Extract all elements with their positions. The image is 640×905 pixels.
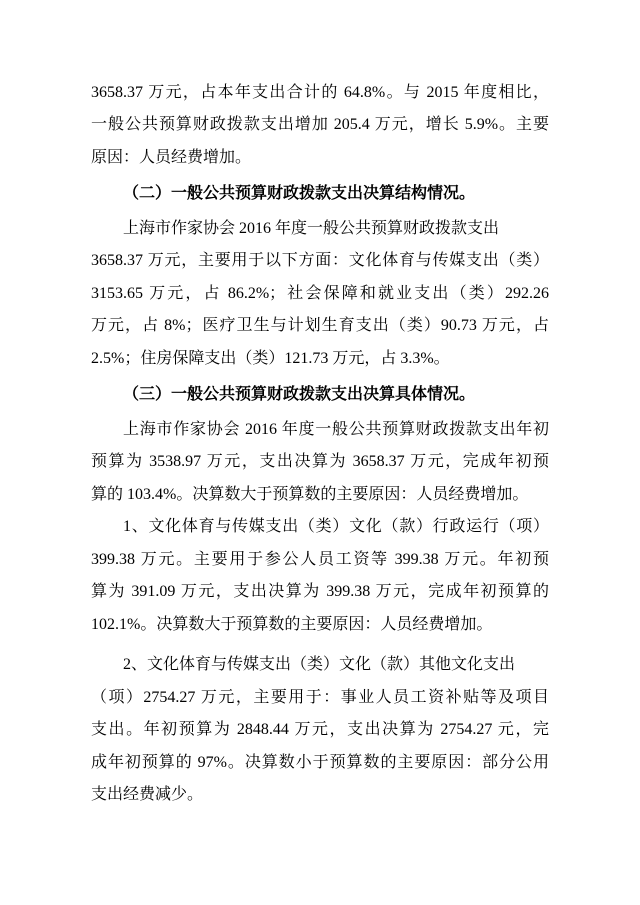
- section-heading: （二）一般公共预算财政拨款支出决算结构情况。: [91, 178, 549, 211]
- text-line: 一般公共预算财政拨款支出增加 205.4 万元，增长 5.9%。主要: [91, 109, 549, 142]
- text-line: 上海市作家协会 2016 年度一般公共预算财政拨款支出: [91, 213, 549, 246]
- text-line: 成年初预算的 97%。决算数小于预算数的主要原因：部分公用: [91, 747, 549, 780]
- text-line: 支出经费减少。: [91, 779, 549, 812]
- text-line: 102.1%。决算数大于预算数的主要原因：人员经费增加。: [91, 609, 549, 642]
- text-line: 399.38 万元。主要用于参公人员工资等 399.38 万元。年初预: [91, 544, 549, 577]
- document-page: 3658.37 万元，占本年支出合计的 64.8%。与 2015 年度相比，一般…: [0, 0, 640, 905]
- text-line: 2.5%；住房保障支出（类）121.73 万元，占 3.3%。: [91, 343, 549, 376]
- paragraph: 1、文化体育与传媒支出（类）文化（款）行政运行（项）399.38 万元。主要用于…: [91, 511, 549, 641]
- text-line: 算为 391.09 万元，支出决算为 399.38 万元，完成年初预算的: [91, 576, 549, 609]
- paragraph: 上海市作家协会 2016 年度一般公共预算财政拨款支出年初预算为 3538.97…: [91, 414, 549, 512]
- paragraph: 2、文化体育与传媒支出（类）文化（款）其他文化支出（项）2754.27 万元，主…: [91, 649, 549, 812]
- section-heading: （三）一般公共预算财政拨款支出决算具体情况。: [91, 379, 549, 412]
- text-line: 算的 103.4%。决算数大于预算数的主要原因：人员经费增加。: [91, 479, 549, 512]
- text-line: 原因：人员经费增加。: [91, 142, 549, 175]
- text-line: （项）2754.27 万元，主要用于：事业人员工资补贴等及项目: [91, 682, 549, 715]
- page-body-text: 3658.37 万元，占本年支出合计的 64.8%。与 2015 年度相比，一般…: [91, 77, 549, 812]
- text-line: 3658.37 万元，主要用于以下方面：文化体育与传媒支出（类）: [91, 245, 549, 278]
- text-line: 万元，占 8%；医疗卫生与计划生育支出（类）90.73 万元，占: [91, 310, 549, 343]
- text-line: 上海市作家协会 2016 年度一般公共预算财政拨款支出年初: [91, 414, 549, 447]
- text-line: （三）一般公共预算财政拨款支出决算具体情况。: [91, 379, 549, 412]
- text-line: 3658.37 万元，占本年支出合计的 64.8%。与 2015 年度相比，: [91, 77, 549, 110]
- text-line: 2、文化体育与传媒支出（类）文化（款）其他文化支出: [91, 649, 549, 682]
- text-line: 预算为 3538.97 万元，支出决算为 3658.37 万元，完成年初预: [91, 446, 549, 479]
- paragraph: 上海市作家协会 2016 年度一般公共预算财政拨款支出3658.37 万元，主要…: [91, 213, 549, 376]
- text-line: 支出。年初预算为 2848.44 万元，支出决算为 2754.27 元，完: [91, 714, 549, 747]
- text-line: （二）一般公共预算财政拨款支出决算结构情况。: [91, 178, 549, 211]
- paragraph: 3658.37 万元，占本年支出合计的 64.8%。与 2015 年度相比，一般…: [91, 77, 549, 175]
- text-line: 1、文化体育与传媒支出（类）文化（款）行政运行（项）: [91, 511, 549, 544]
- text-line: 3153.65 万元，占 86.2%；社会保障和就业支出（类）292.26: [91, 278, 549, 311]
